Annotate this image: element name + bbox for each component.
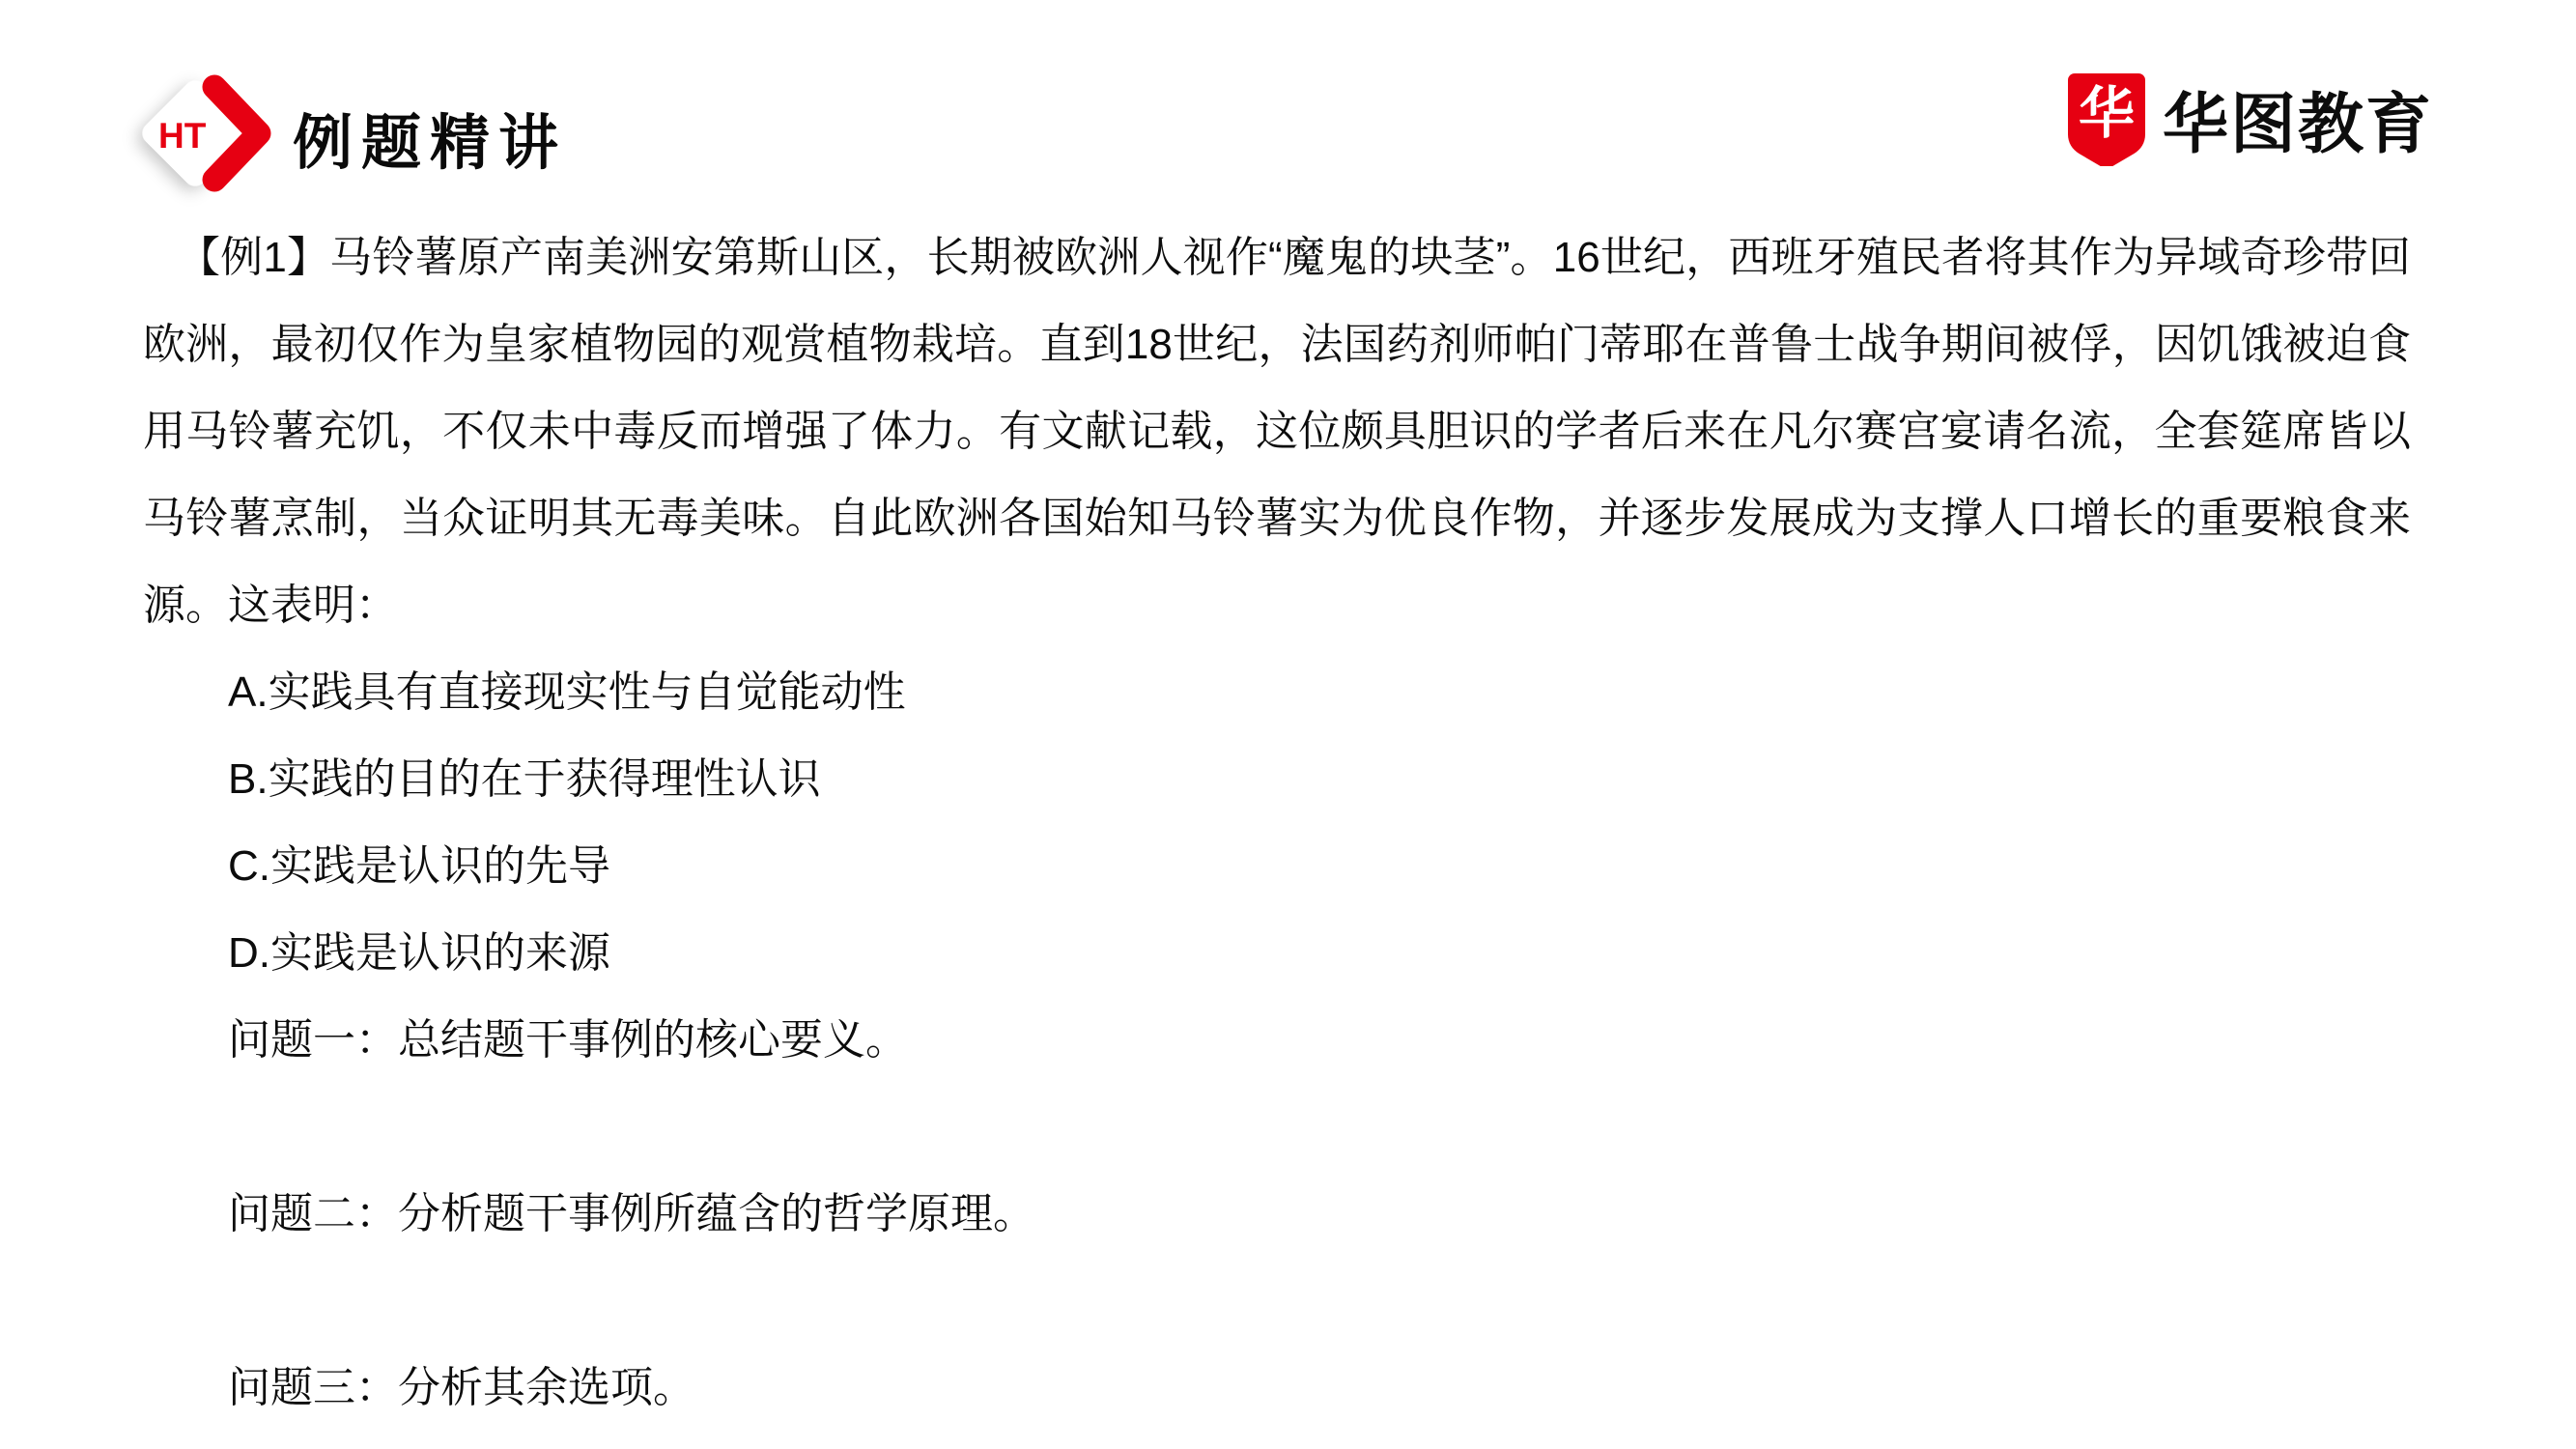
question-1: 问题一：总结题干事例的核心要义。 xyxy=(228,997,2411,1084)
ht-badge-text: HT xyxy=(158,116,207,156)
question-2: 问题二：分析题干事例所蕴含的哲学原理。 xyxy=(228,1171,2411,1258)
ht-diamond-icon: HT xyxy=(122,56,296,209)
option-c: C.实践是认识的先导 xyxy=(228,823,2411,910)
brand-shield-glyph: 华 xyxy=(2079,82,2135,145)
brand-shield-icon: 华 xyxy=(2066,71,2147,166)
option-b: B.实践的目的在于获得理性认识 xyxy=(228,736,2411,823)
example-content: 【例1】马铃薯原产南美洲安第斯山区，长期被欧洲人视作“魔鬼的块茎”。16世纪，西… xyxy=(143,214,2411,1432)
option-a: A.实践具有直接现实性与自觉能动性 xyxy=(228,649,2411,736)
question-stem: 【例1】马铃薯原产南美洲安第斯山区，长期被欧洲人视作“魔鬼的块茎”。16世纪，西… xyxy=(143,214,2411,649)
question-3: 问题三：分析其余选项。 xyxy=(228,1345,2411,1432)
page-title: 例题精讲 xyxy=(293,95,567,181)
slide-header: HT 例题精讲 华 华图教育 xyxy=(0,0,2576,208)
option-d: D.实践是认识的来源 xyxy=(228,910,2411,997)
brand-logo: 华 华图教育 xyxy=(2066,71,2433,166)
brand-name: 华图教育 xyxy=(2163,72,2433,166)
